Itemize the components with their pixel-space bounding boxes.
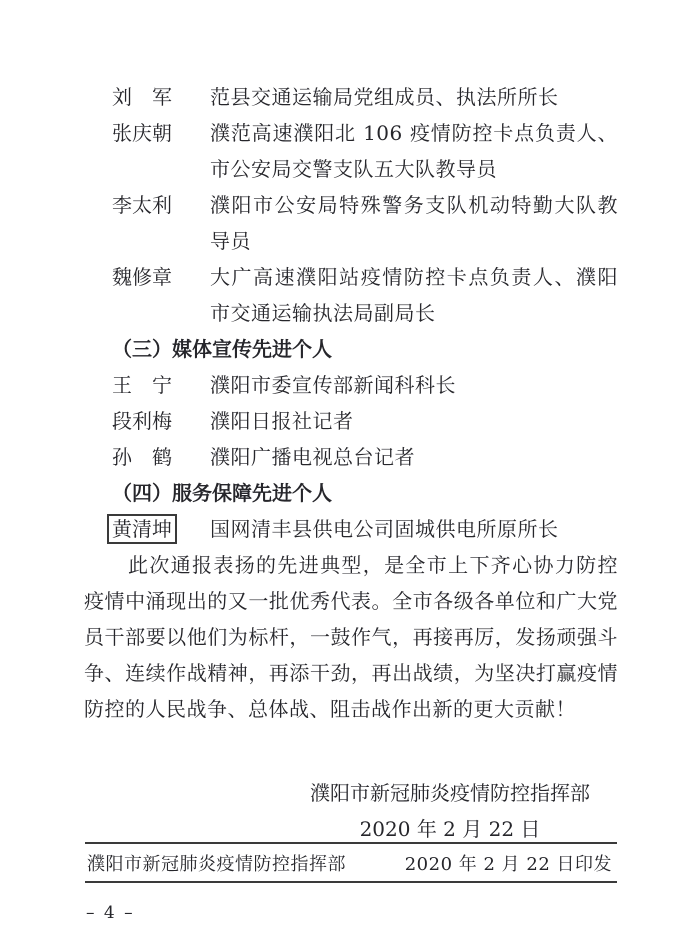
roster-service: 黄清坤 国网清丰县供电公司固城供电所原所长: [84, 511, 618, 547]
person-title: 国网清丰县供电公司固城供电所原所长: [210, 511, 618, 547]
person-name-text: 张庆朝: [112, 121, 172, 145]
signature-org: 濮阳市新冠肺炎疫情防控指挥部: [310, 775, 590, 811]
person-title: 濮阳广播电视总台记者: [210, 439, 618, 475]
person-name-text: 王 宁: [112, 373, 172, 397]
section-heading-service: （四）服务保障先进个人: [84, 475, 618, 511]
signature-block: 濮阳市新冠肺炎疫情防控指挥部 2020 年 2 月 22 日: [84, 775, 618, 847]
roster-entry: 孙 鹤 濮阳广播电视总台记者: [84, 439, 618, 475]
roster-entry: 魏修章 大广高速濮阳站疫情防控卡点负责人、濮阳市交通运输执法局副局长: [84, 259, 618, 331]
person-name-text: 孙 鹤: [112, 445, 172, 469]
person-title: 濮阳日报社记者: [210, 403, 618, 439]
signature-inner: 濮阳市新冠肺炎疫情防控指挥部 2020 年 2 月 22 日: [310, 775, 590, 847]
person-name: 孙 鹤: [84, 439, 210, 475]
person-name-text: 段利梅: [112, 409, 172, 433]
person-title: 范县交通运输局党组成员、执法所所长: [210, 79, 618, 115]
person-name-text: 李太利: [112, 193, 172, 217]
person-name: 张庆朝: [84, 115, 210, 151]
person-name-text: 魏修章: [112, 265, 172, 289]
roster-entry: 段利梅 濮阳日报社记者: [84, 403, 618, 439]
person-name-text: 刘 军: [112, 85, 172, 109]
person-title: 濮阳市公安局特殊警务支队机动特勤大队教导员: [210, 187, 618, 259]
roster-entry: 张庆朝 濮范高速濮阳北 106 疫情防控卡点负责人、市公安局交警支队五大队教导员: [84, 115, 618, 187]
roster-transport: 刘 军 范县交通运输局党组成员、执法所所长 张庆朝 濮范高速濮阳北 106 疫情…: [84, 79, 618, 331]
person-title: 大广高速濮阳站疫情防控卡点负责人、濮阳市交通运输执法局副局长: [210, 259, 618, 331]
document-page: 刘 军 范县交通运输局党组成员、执法所所长 张庆朝 濮范高速濮阳北 106 疫情…: [0, 0, 700, 943]
roster-entry: 刘 军 范县交通运输局党组成员、执法所所长: [84, 79, 618, 115]
person-title: 濮阳市委宣传部新闻科科长: [210, 367, 618, 403]
person-name: 李太利: [84, 187, 210, 223]
person-title: 濮范高速濮阳北 106 疫情防控卡点负责人、市公安局交警支队五大队教导员: [210, 115, 618, 187]
page-number: – 4 –: [86, 899, 135, 927]
person-name: 王 宁: [84, 367, 210, 403]
person-name: 魏修章: [84, 259, 210, 295]
section-heading-media: （三）媒体宣传先进个人: [84, 331, 618, 367]
person-name: 刘 军: [84, 79, 210, 115]
document-body: 刘 军 范县交通运输局党组成员、执法所所长 张庆朝 濮范高速濮阳北 106 疫情…: [84, 79, 618, 847]
roster-entry: 黄清坤 国网清丰县供电公司固城供电所原所长: [84, 511, 618, 547]
person-name: 段利梅: [84, 403, 210, 439]
roster-entry: 王 宁 濮阳市委宣传部新闻科科长: [84, 367, 618, 403]
colophon: 濮阳市新冠肺炎疫情防控指挥部 2020 年 2 月 22 日印发: [85, 842, 617, 883]
colophon-issuer: 濮阳市新冠肺炎疫情防控指挥部: [85, 850, 346, 876]
person-name-boxed: 黄清坤: [107, 514, 177, 544]
colophon-print-date: 2020 年 2 月 22 日印发: [405, 850, 617, 876]
closing-paragraph: 此次通报表扬的先进典型，是全市上下齐心协力防控疫情中涌现出的又一批优秀代表。全市…: [84, 547, 618, 727]
person-name: 黄清坤: [84, 511, 210, 547]
roster-entry: 李太利 濮阳市公安局特殊警务支队机动特勤大队教导员: [84, 187, 618, 259]
roster-media: 王 宁 濮阳市委宣传部新闻科科长 段利梅 濮阳日报社记者 孙 鹤 濮阳广播电视总…: [84, 367, 618, 475]
